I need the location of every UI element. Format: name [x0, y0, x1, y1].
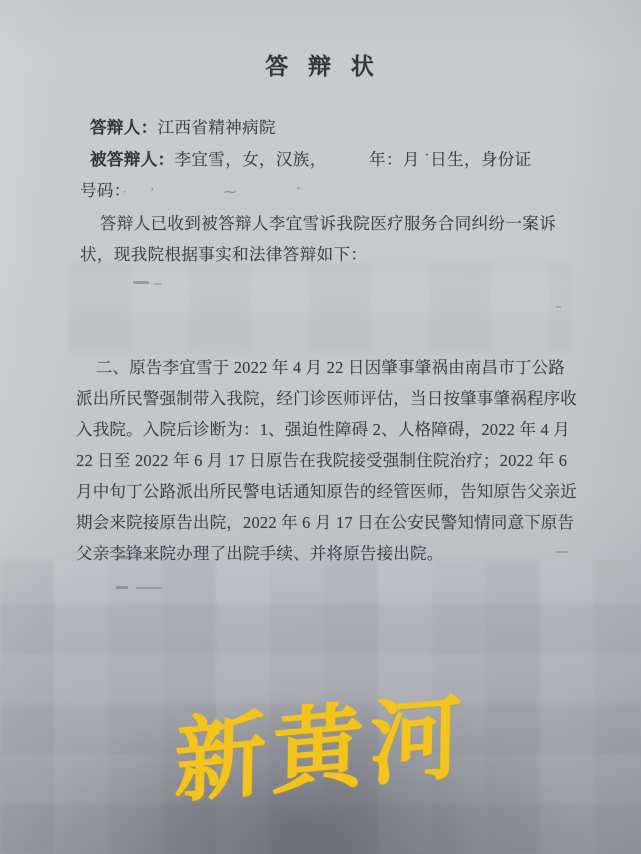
paragraph1-line1: 答辩人已收到被答辩人李宜雪诉我院医疗服务合同纠纷一案诉 [80, 208, 566, 240]
document-photo: 答 辩 状 答辩人：江西省精神病院 被答辩人：李宜雪，女，汉族， 年：月 ˙日生… [0, 0, 641, 854]
paragraph2-block: 二、原告李宜雪于 2022 年 4 月 22 日因肇事肇祸由南昌市丁公路 派出所… [76, 352, 568, 569]
counter-respondent-info: 李宜雪，女，汉族， 年：月 ˙日生，身份证 [175, 150, 532, 169]
parties-block: 答辩人：江西省精神病院 被答辩人：李宜雪，女，汉族， 年：月 ˙日生，身份证 号… [80, 112, 566, 271]
counter-respondent-label: 被答辩人： [90, 150, 175, 169]
redaction-artifact [116, 586, 128, 589]
paragraph2-line2: 派出所民警强制带入我院，经门诊医师评估，当日按肇事肇祸程序收 [76, 383, 568, 414]
paragraph2-line1: 二、原告李宜雪于 2022 年 4 月 22 日因肇事肇祸由南昌市丁公路 [76, 352, 568, 383]
paragraph1-line2: 状，现我院根据事实和法律答辩如下： [80, 239, 566, 271]
id-number-line: 号码：· ʼ ⁓ ˚ [80, 175, 566, 208]
redaction-artifact [133, 281, 149, 284]
respondent-line: 答辩人：江西省精神病院 [80, 112, 566, 144]
id-number-redaction: · ʼ ⁓ ˚ [122, 184, 310, 199]
respondent-label: 答辩人： [90, 118, 158, 137]
redaction-artifact [556, 551, 568, 553]
paragraph2-line7: 父亲李锋来院办理了出院手续、并将原告接出院。 [76, 538, 568, 569]
redaction-artifact [154, 283, 162, 285]
redaction-artifact [556, 306, 561, 308]
redaction-artifact [118, 556, 132, 559]
redacted-paragraph-blur [70, 264, 570, 352]
paragraph2-line6: 期会来院接原告出院，2022 年 6 月 17 日在公安民警知情同意下原告 [76, 507, 568, 538]
paragraph2-line5: 月中旬丁公路派出所民警电话通知原告的经管医师，告知原告父亲近 [76, 476, 568, 507]
id-number-label: 号码： [80, 181, 122, 200]
counter-respondent-line: 被答辩人：李宜雪，女，汉族， 年：月 ˙日生，身份证 [80, 144, 566, 176]
document-title: 答 辩 状 [84, 48, 562, 81]
redaction-artifact [140, 557, 162, 559]
redaction-artifact [136, 587, 162, 589]
respondent-name: 江西省精神病院 [158, 118, 276, 137]
paragraph2-line3: 入我院。入院后诊断为：1、强迫性障碍 2、人格障碍，2022 年 4 月 [76, 414, 568, 445]
news-watermark: 新黄河 [173, 663, 468, 821]
paragraph2-line4: 22 日至 2022 年 6 月 17 日原告在我院接受强制住院治疗；2022 … [76, 445, 568, 476]
